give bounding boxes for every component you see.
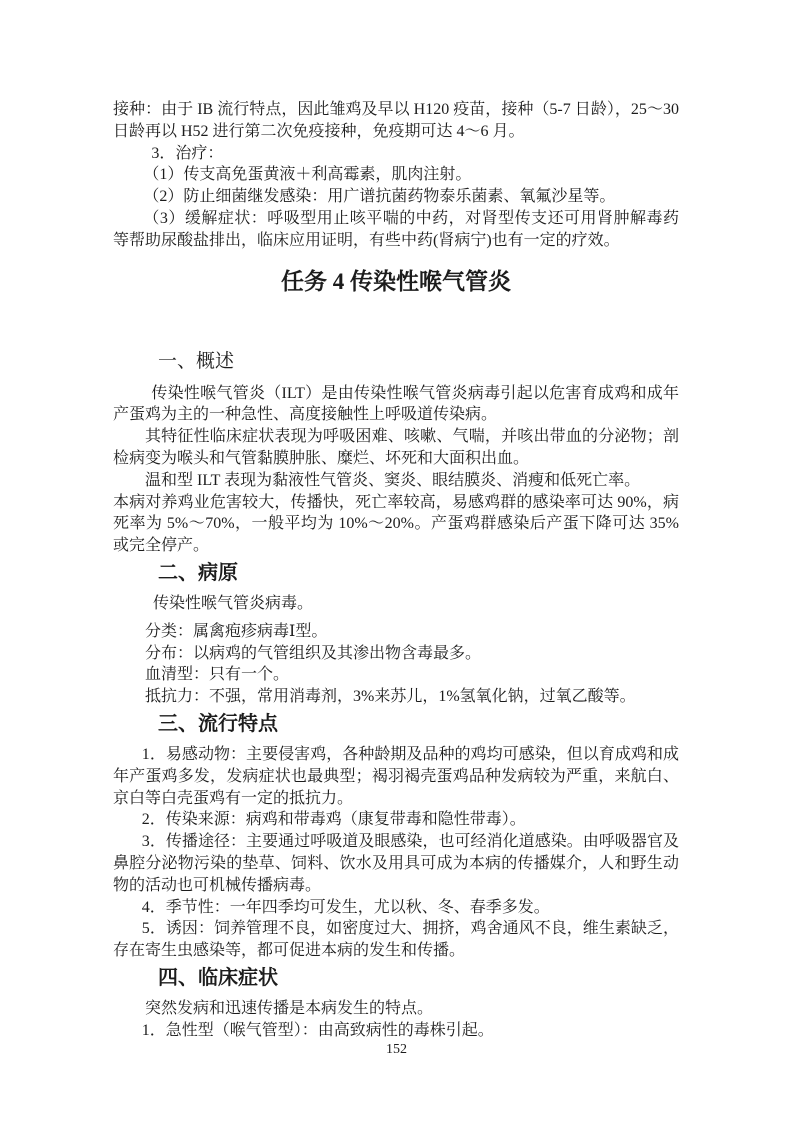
paragraph: 本病对养鸡业危害较大，传播快，死亡率较高，易感鸡群的感染率可达 90%，病死率为… [113, 492, 679, 557]
section-heading: 二、病原 [158, 560, 679, 586]
paragraph: （3）缓解症状：呼吸型用止咳平喘的中药，对肾型传支还可用肾肿解毒药等帮助尿酸盐排… [113, 208, 679, 252]
paragraph: 接种：由于 IB 流行特点，因此雏鸡及早以 H120 疫苗，接种（5-7 日龄）… [113, 99, 679, 143]
paragraph: 3．治疗： [113, 143, 679, 165]
paragraph: 1．易感动物：主要侵害鸡，各种龄期及品种的鸡均可感染，但以育成鸡和成年产蛋鸡多发… [113, 744, 679, 809]
page-number: 152 [0, 1041, 793, 1059]
chapter-title: 任务 4 传染性喉气管炎 [113, 265, 679, 299]
paragraph: 4．季节性：一年四季均可发生，尤以秋、冬、春季多发。 [113, 897, 679, 919]
paragraph: （2）防止细菌继发感染：用广谱抗菌药物泰乐菌素、氧氟沙星等。 [113, 186, 679, 208]
paragraph: （1）传支高免蛋黄液＋利高霉素，肌肉注射。 [113, 164, 679, 186]
paragraph: 分类：属禽疱疹病毒Ⅰ型。 [113, 621, 679, 643]
paragraph: 分布：以病鸡的气管组织及其渗出物含毒最多。 [113, 643, 679, 665]
paragraph: 5．诱因：饲养管理不良，如密度过大、拥挤，鸡舍通风不良，维生素缺乏，存在寄生虫感… [113, 918, 679, 962]
paragraph: 3．传播途径：主要通过呼吸道及眼感染，也可经消化道感染。由呼吸器官及鼻腔分泌物污… [113, 831, 679, 896]
paragraph: 温和型 ILT 表现为黏液性气管炎、窦炎、眼结膜炎、消瘦和低死亡率。 [113, 470, 679, 492]
paragraph: 其特征性临床症状表现为呼吸困难、咳嗽、气喘，并咳出带血的分泌物；剖检病变为喉头和… [113, 426, 679, 470]
paragraph: 抵抗力：不强，常用消毒剂，3%来苏儿，1%氢氧化钠，过氧乙酸等。 [113, 686, 679, 708]
section-heading: 一、概述 [158, 349, 679, 375]
paragraph: 传染性喉气管炎（ILT）是由传染性喉气管炎病毒引起以危害育成鸡和成年产蛋鸡为主的… [113, 383, 679, 427]
paragraph: 2．传染来源：病鸡和带毒鸡（康复带毒和隐性带毒）。 [113, 809, 679, 831]
paragraph: 传染性喉气管炎病毒。 [113, 593, 679, 615]
paragraph: 突然发病和迅速传播是本病发生的特点。 [113, 998, 679, 1020]
paragraph: 1．急性型（喉气管型）：由高致病性的毒株引起。 [113, 1020, 679, 1042]
paragraph: 血清型：只有一个。 [113, 664, 679, 686]
section-heading: 三、流行特点 [158, 711, 679, 737]
document-page: 接种：由于 IB 流行特点，因此雏鸡及早以 H120 疫苗，接种（5-7 日龄）… [0, 0, 793, 1122]
document-content: 接种：由于 IB 流行特点，因此雏鸡及早以 H120 疫苗，接种（5-7 日龄）… [0, 0, 793, 1042]
section-heading: 四、临床症状 [158, 965, 679, 991]
